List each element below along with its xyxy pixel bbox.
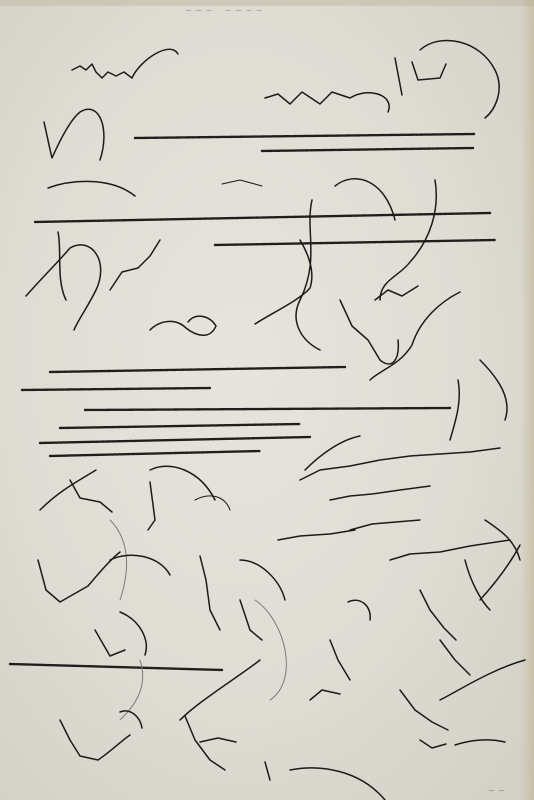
handwriting-layer (0, 0, 534, 800)
manuscript-sheet: ~ ~ ~ ~ ~ ~ ~ ~ ~ (0, 0, 534, 800)
